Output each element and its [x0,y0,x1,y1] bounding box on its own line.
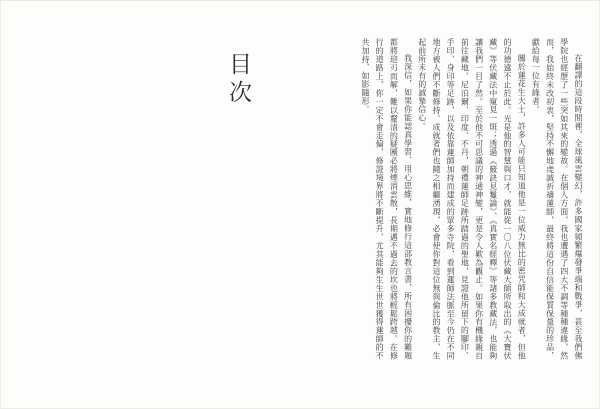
toc-page-title: 目次 [222,52,255,108]
preface-text-block: 在翻譯的這段時間裡，全球風雲變幻，許多國家頻繁爆發爭端和戰爭，甚至我們佛學院也經… [358,38,585,360]
preface-page: 在翻譯的這段時間裡，全球風雲變幻，許多國家頻繁爆發爭端和戰爭，甚至我們佛學院也經… [300,0,600,409]
toc-page: 目次 譯序 7 伏藏大師釀・尼瑪沃色簡介／土登尼瑪仁波切 造 索達吉堪布 譯 1… [0,0,300,409]
preface-paragraph: 關於蓮花生大士，許多人可能只知道他是一位威力無比的密咒師和大成就者，但他的功德遠… [415,38,529,360]
preface-paragraph: 我深信，如果你能認真學習、用心思維，實地修行這部教言書，所有困擾你的難題都將迎刃… [358,38,415,360]
book-spread: 目次 譯序 7 伏藏大師釀・尼瑪沃色簡介／土登尼瑪仁波切 造 索達吉堪布 譯 1… [0,0,600,409]
preface-paragraph: 在翻譯的這段時間裡，全球風雲變幻，許多國家頻繁爆發爭端和戰爭，甚至我們佛學院也經… [528,38,585,360]
